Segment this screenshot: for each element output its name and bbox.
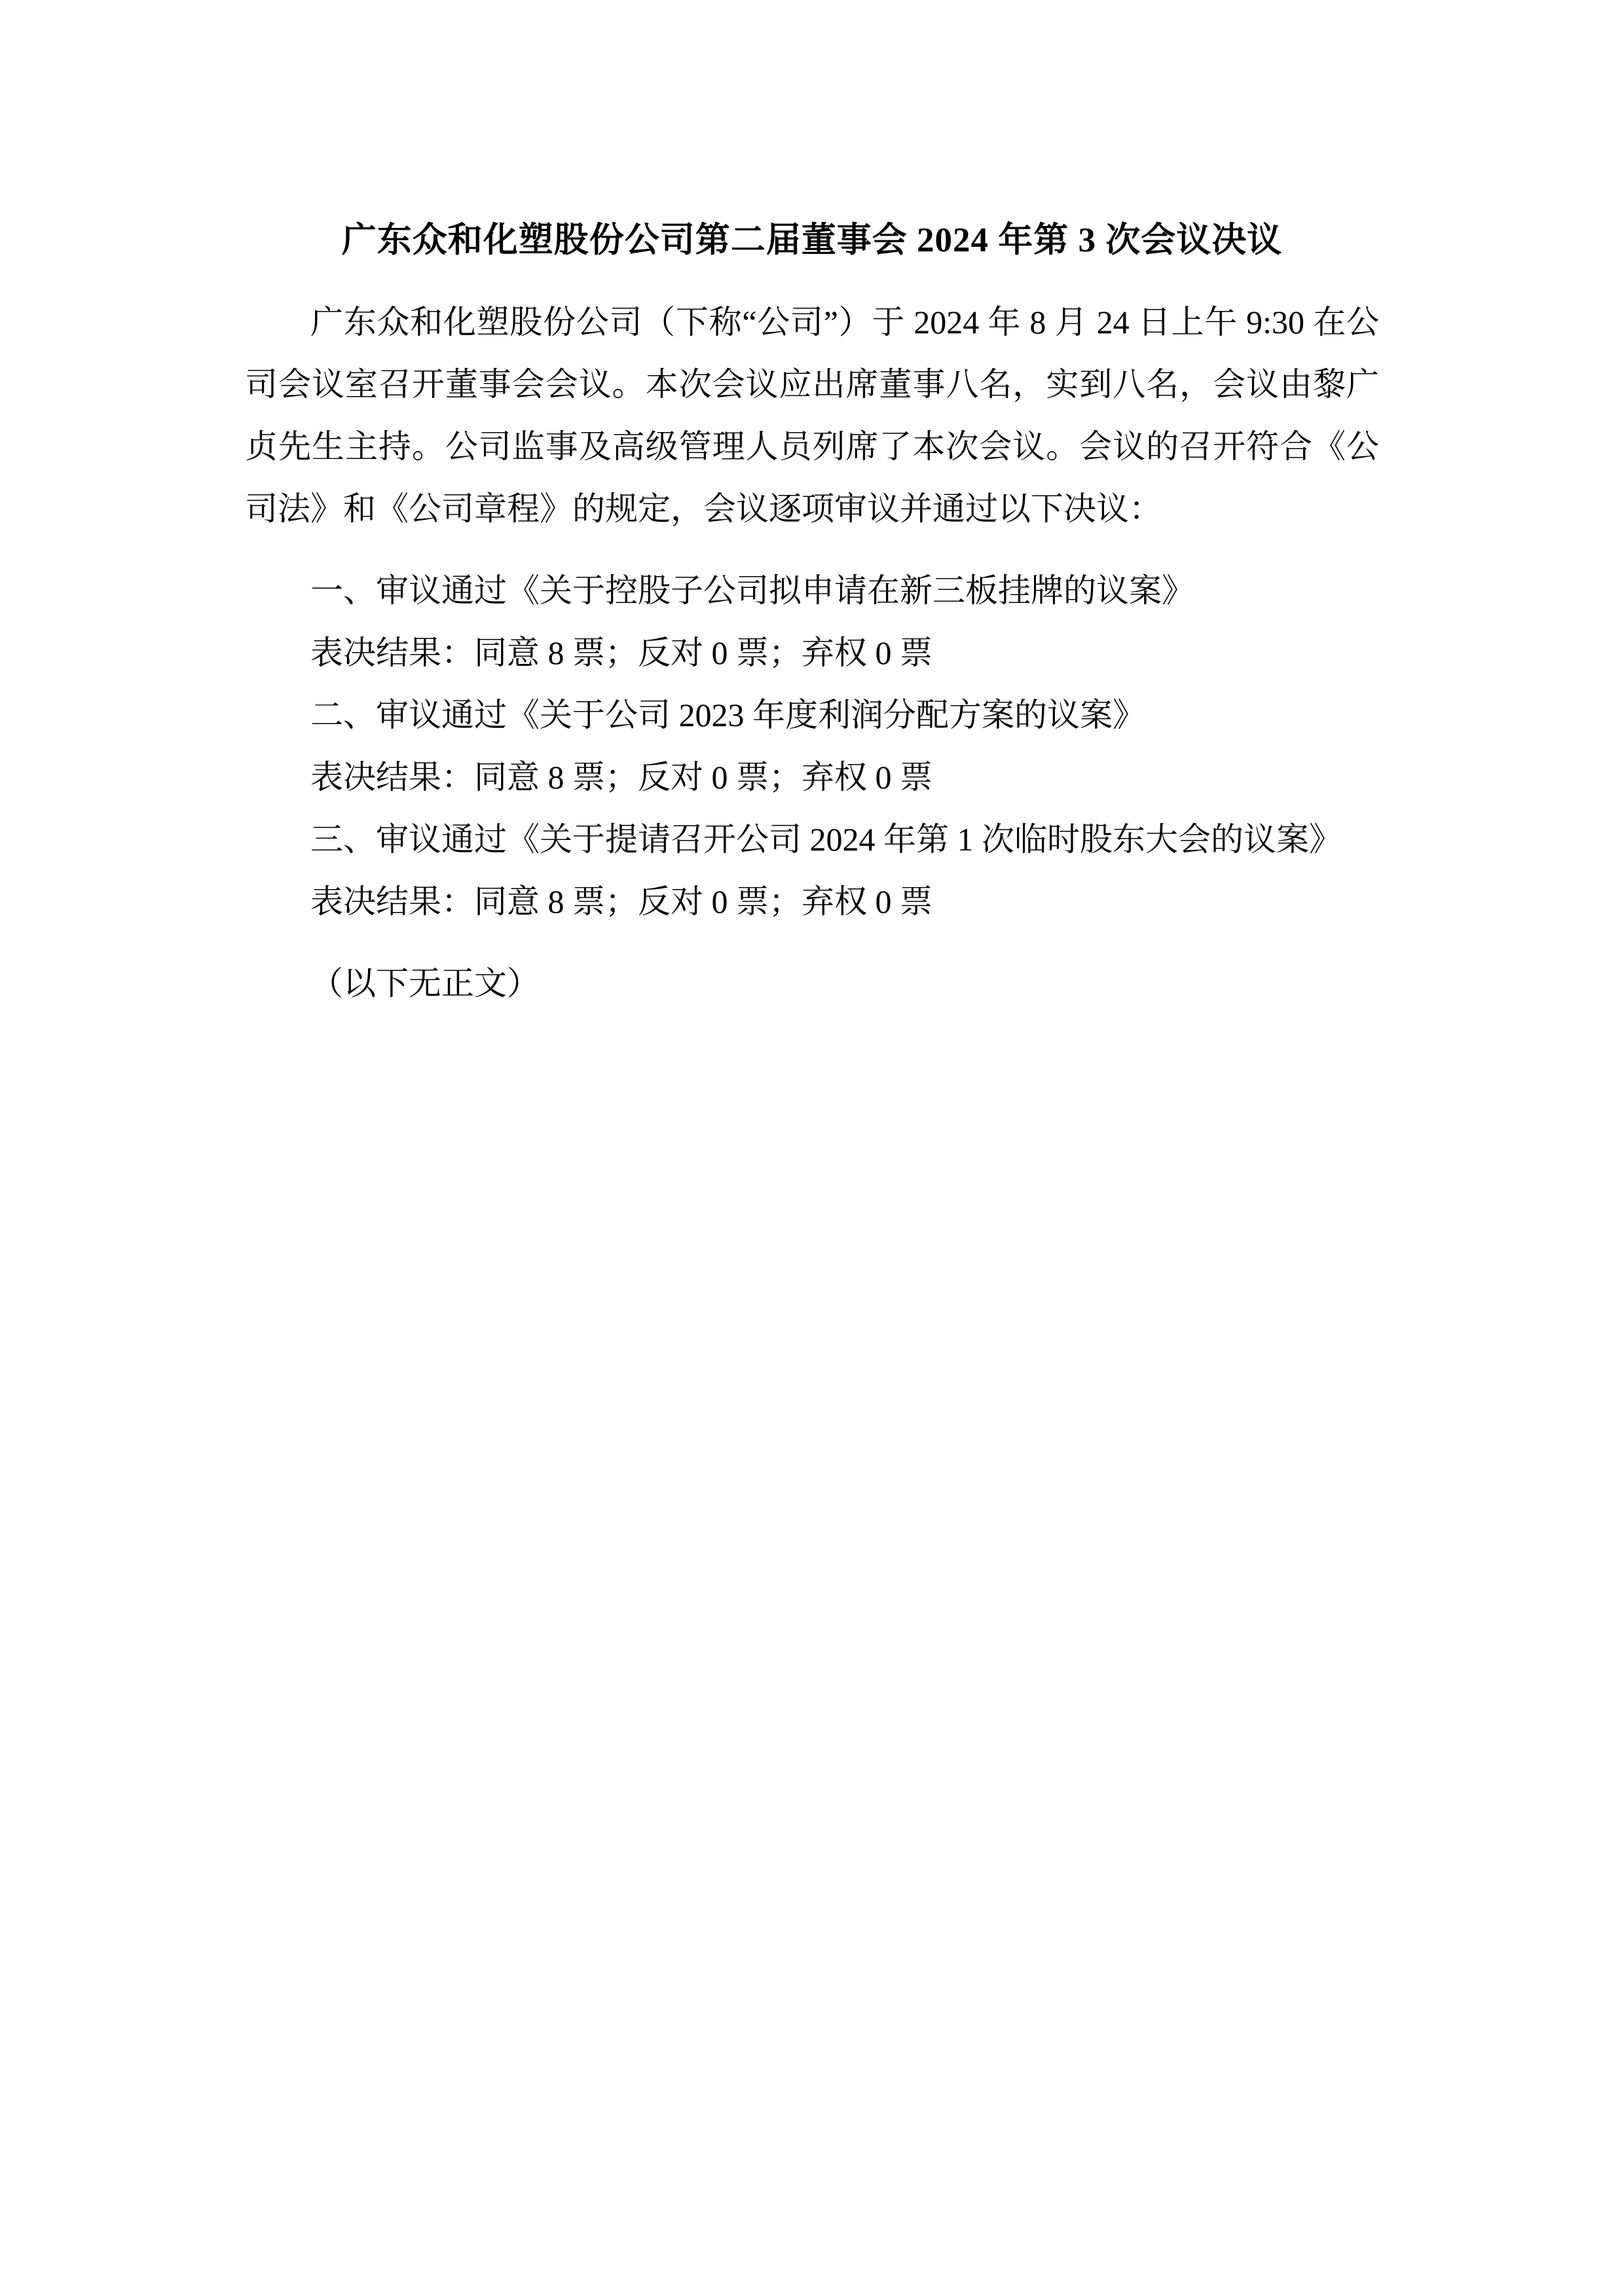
resolution-2-title: 二、审议通过《关于公司 2023 年度利润分配方案的议案》 (245, 684, 1379, 746)
resolution-3-title: 三、审议通过《关于提请召开公司 2024 年第 1 次临时股东大会的议案》 (245, 809, 1379, 871)
resolution-1-vote-result: 表决结果：同意 8 票；反对 0 票；弃权 0 票 (245, 622, 1379, 684)
resolution-1-title: 一、审议通过《关于控股子公司拟申请在新三板挂牌的议案》 (245, 560, 1379, 622)
intro-paragraph: 广东众和化塑股份公司（下称“公司”）于 2024 年 8 月 24 日上午 9:… (245, 291, 1379, 540)
resolution-item-3: 三、审议通过《关于提请召开公司 2024 年第 1 次临时股东大会的议案》 表决… (245, 809, 1379, 933)
resolution-item-1: 一、审议通过《关于控股子公司拟申请在新三板挂牌的议案》 表决结果：同意 8 票；… (245, 560, 1379, 684)
closing-note: （以下无正文） (245, 953, 1379, 1015)
document-title: 广东众和化塑股份公司第二届董事会 2024 年第 3 次会议决议 (245, 210, 1379, 272)
resolution-item-2: 二、审议通过《关于公司 2023 年度利润分配方案的议案》 表决结果：同意 8 … (245, 684, 1379, 809)
resolution-3-vote-result: 表决结果：同意 8 票；反对 0 票；弃权 0 票 (245, 871, 1379, 933)
resolutions-list: 一、审议通过《关于控股子公司拟申请在新三板挂牌的议案》 表决结果：同意 8 票；… (245, 560, 1379, 933)
document-page: 广东众和化塑股份公司第二届董事会 2024 年第 3 次会议决议 广东众和化塑股… (0, 0, 1624, 2296)
resolution-2-vote-result: 表决结果：同意 8 票；反对 0 票；弃权 0 票 (245, 746, 1379, 809)
